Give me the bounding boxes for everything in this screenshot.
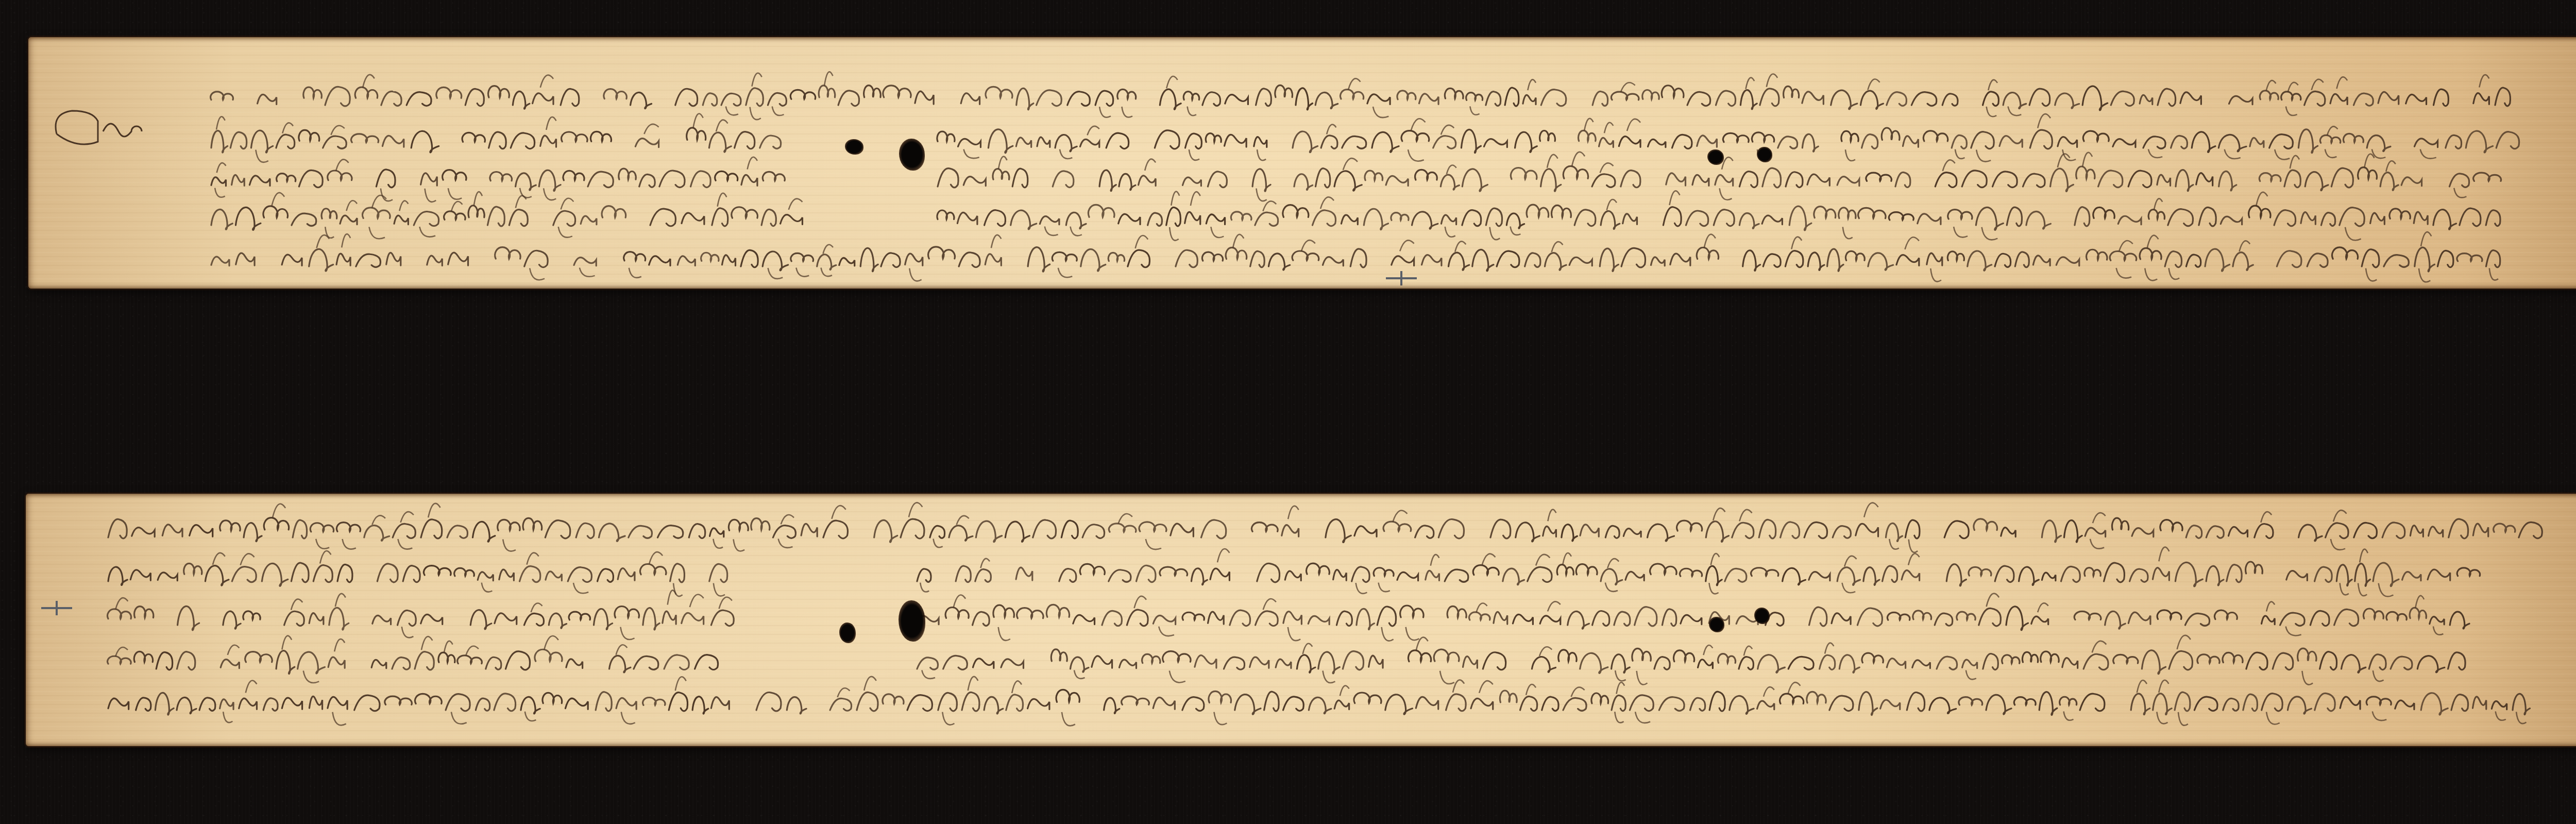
script-glyph [1486, 92, 1501, 106]
script-glyph [2449, 519, 2468, 539]
script-glyph [1612, 695, 1625, 711]
script-glyph [635, 139, 658, 147]
script-glyph [2494, 524, 2515, 532]
script-glyph [2130, 569, 2148, 582]
script-glyph [1182, 177, 1201, 186]
script-glyph [1662, 86, 1684, 97]
script-glyph [2015, 252, 2029, 267]
script-glyph [2429, 527, 2443, 536]
script-glyph [1974, 519, 1997, 530]
script-glyph [1051, 649, 1067, 661]
script-glyph [1886, 523, 1902, 541]
script-glyph [1224, 657, 1244, 669]
script-glyph [1714, 210, 1734, 226]
script-glyph [2298, 129, 2317, 153]
script-glyph [1434, 649, 1459, 661]
script-glyph [1257, 563, 1280, 582]
script-glyph [1995, 566, 2014, 582]
script-glyph [1191, 568, 1207, 585]
script-glyph [264, 518, 289, 530]
script-glyph [1601, 211, 1620, 229]
string-hole [899, 139, 925, 171]
script-glyph [1654, 657, 1670, 670]
script-glyph [277, 174, 296, 181]
script-glyph [2083, 654, 2108, 669]
handwritten-script-upper [28, 37, 2576, 289]
script-glyph [1016, 138, 1031, 147]
script-glyph [984, 697, 1003, 714]
script-glyph [1255, 212, 1278, 226]
script-glyph [1723, 133, 1749, 142]
script-glyph [516, 173, 536, 190]
script-glyph [2041, 651, 2059, 662]
script-glyph [415, 652, 434, 670]
script-glyph [1419, 94, 1438, 104]
script-glyph [883, 86, 911, 97]
script-glyph [1552, 205, 1571, 217]
script-glyph [917, 569, 931, 582]
script-glyph [2307, 254, 2328, 267]
script-glyph [465, 89, 484, 106]
script-glyph [2050, 169, 2074, 191]
script-glyph [2449, 174, 2469, 187]
script-glyph [1929, 698, 1956, 714]
script-glyph [1525, 253, 1540, 267]
script-glyph [1139, 176, 1156, 186]
script-glyph [1706, 566, 1722, 585]
script-glyph [258, 94, 277, 104]
script-glyph [1758, 655, 1785, 673]
script-glyph [2104, 563, 2125, 582]
script-glyph [1250, 251, 1265, 267]
script-glyph [211, 177, 226, 186]
script-glyph [220, 699, 234, 710]
script-glyph [499, 569, 514, 580]
script-glyph [329, 608, 349, 630]
script-glyph [1117, 89, 1136, 99]
script-glyph [1621, 248, 1645, 267]
script-glyph [2340, 697, 2360, 709]
script-glyph [993, 605, 1014, 617]
script-glyph [2186, 255, 2200, 267]
script-glyph [1935, 613, 1953, 626]
script-glyph [1677, 520, 1702, 531]
script-glyph [682, 213, 704, 224]
script-glyph [1592, 174, 1615, 188]
script-glyph [1099, 170, 1116, 191]
script-glyph [958, 139, 980, 147]
script-glyph [299, 130, 319, 141]
script-glyph [864, 86, 881, 97]
script-glyph [199, 698, 215, 711]
script-glyph [901, 519, 924, 539]
script-glyph [975, 569, 991, 582]
script-glyph [1757, 701, 1774, 710]
script-glyph [276, 651, 295, 674]
script-glyph [1264, 692, 1279, 711]
script-glyph [2196, 173, 2213, 186]
script-glyph [309, 613, 324, 625]
script-glyph [1540, 131, 1555, 141]
script-glyph [2401, 177, 2421, 186]
script-glyph [470, 610, 492, 629]
script-glyph [1845, 251, 1865, 260]
script-glyph [1283, 697, 1304, 711]
script-glyph [1082, 525, 1104, 539]
script-glyph [1630, 695, 1653, 711]
script-glyph [424, 566, 451, 575]
script-glyph [599, 524, 625, 541]
script-glyph [1580, 653, 1608, 673]
script-glyph [917, 658, 938, 669]
script-glyph [394, 215, 408, 224]
script-glyph [1935, 173, 1957, 188]
script-glyph [2061, 566, 2080, 582]
script-glyph [1789, 206, 1811, 230]
script-glyph [2421, 693, 2448, 715]
script-glyph [337, 564, 352, 582]
script-glyph [2433, 89, 2448, 106]
script-glyph [1104, 698, 1120, 713]
script-glyph [1725, 568, 1747, 582]
script-glyph [282, 698, 302, 709]
script-glyph [411, 131, 439, 152]
script-glyph [1308, 616, 1329, 624]
script-glyph [1202, 92, 1221, 106]
script-glyph [1511, 167, 1536, 179]
script-glyph [2169, 651, 2192, 669]
script-glyph [963, 177, 986, 186]
script-glyph [823, 520, 848, 539]
script-glyph [498, 519, 520, 530]
script-glyph [328, 657, 345, 668]
script-glyph [576, 523, 594, 538]
script-glyph [448, 253, 468, 265]
script-glyph [2227, 565, 2242, 582]
script-glyph [1863, 567, 1879, 585]
script-glyph [1011, 210, 1037, 229]
script-glyph [2157, 175, 2171, 186]
script-glyph [2402, 572, 2421, 581]
script-glyph [1166, 207, 1181, 226]
script-glyph [1662, 609, 1676, 626]
script-glyph [1118, 214, 1140, 224]
script-glyph [2286, 571, 2308, 581]
script-glyph [1208, 172, 1227, 188]
script-glyph [1820, 655, 1835, 669]
script-glyph [915, 91, 934, 104]
script-glyph [1080, 139, 1099, 147]
script-glyph [2031, 616, 2048, 625]
script-glyph [2058, 137, 2077, 147]
script-glyph [1635, 607, 1657, 626]
script-glyph [1334, 700, 1349, 709]
script-glyph [1055, 135, 1077, 152]
script-glyph [1350, 249, 1366, 267]
script-glyph [2074, 611, 2101, 619]
script-glyph [590, 131, 611, 141]
script-glyph [2330, 94, 2347, 104]
script-glyph [1983, 653, 1998, 669]
script-glyph [709, 564, 727, 582]
script-glyph [309, 696, 322, 709]
script-glyph [2023, 174, 2045, 187]
script-glyph [2410, 608, 2426, 618]
script-glyph [1142, 654, 1160, 663]
script-glyph [2304, 91, 2325, 106]
script-glyph [1160, 89, 1181, 109]
script-glyph [1513, 614, 1533, 624]
script-glyph [1297, 655, 1315, 672]
script-glyph [1006, 695, 1023, 711]
script-glyph [230, 132, 246, 148]
script-glyph [363, 208, 391, 218]
script-glyph [2142, 650, 2165, 674]
script-glyph [1605, 526, 1619, 538]
script-glyph [566, 659, 583, 668]
script-glyph [741, 175, 757, 186]
script-glyph [838, 91, 859, 106]
script-glyph [2284, 170, 2300, 188]
script-glyph [1293, 131, 1318, 153]
script-glyph [692, 697, 708, 714]
script-glyph [1294, 174, 1313, 190]
script-glyph [1171, 524, 1194, 536]
script-glyph [616, 698, 636, 709]
script-line [108, 502, 2542, 552]
script-glyph [1600, 248, 1618, 271]
script-line [211, 72, 2511, 120]
script-glyph [1706, 522, 1728, 542]
script-glyph [2215, 610, 2238, 619]
script-glyph [211, 257, 229, 265]
script-glyph [2334, 609, 2359, 626]
script-glyph [1942, 94, 1958, 106]
script-glyph [1494, 612, 1507, 624]
script-glyph [1927, 253, 1942, 265]
cross-mark-icon [41, 601, 72, 615]
script-glyph [2519, 522, 2542, 538]
script-glyph [336, 254, 350, 265]
script-glyph [1809, 572, 1830, 581]
script-glyph [1385, 695, 1413, 714]
script-glyph [546, 571, 562, 581]
script-glyph [543, 693, 562, 703]
script-glyph [1545, 253, 1566, 270]
script-glyph [1473, 565, 1499, 575]
script-glyph [2219, 171, 2236, 190]
script-glyph [1542, 697, 1558, 711]
script-glyph [1506, 213, 1524, 228]
script-glyph [1619, 137, 1640, 147]
script-glyph [1028, 699, 1049, 709]
script-glyph [2274, 210, 2296, 226]
script-glyph [244, 523, 262, 542]
script-glyph [403, 566, 420, 582]
script-glyph [1674, 650, 1694, 662]
script-glyph [1680, 568, 1702, 576]
script-glyph [2369, 654, 2386, 670]
script-glyph [634, 656, 658, 669]
script-glyph [1309, 697, 1331, 713]
script-glyph [2093, 207, 2114, 218]
script-glyph [313, 565, 332, 582]
script-glyph [1053, 171, 1074, 188]
script-glyph [1868, 253, 1893, 270]
script-glyph [1858, 208, 1886, 218]
script-glyph [2486, 250, 2500, 267]
script-glyph [236, 253, 255, 265]
script-glyph [2332, 247, 2358, 259]
script-glyph [1209, 691, 1231, 702]
script-glyph [1037, 137, 1050, 147]
script-line [917, 635, 2465, 685]
script-glyph [773, 526, 795, 539]
script-glyph [1256, 611, 1278, 626]
script-glyph [1061, 520, 1078, 539]
script-glyph [2056, 257, 2079, 266]
script-glyph [2176, 170, 2193, 191]
script-glyph [1804, 522, 1827, 538]
script-glyph [1962, 171, 1987, 188]
string-hole [839, 623, 856, 643]
script-glyph [513, 91, 530, 109]
script-glyph [239, 698, 257, 709]
script-glyph [598, 569, 614, 582]
script-glyph [1497, 251, 1519, 267]
script-glyph [2007, 207, 2022, 226]
script-glyph [2087, 249, 2107, 260]
script-glyph [2062, 658, 2078, 668]
script-glyph [1592, 611, 1609, 626]
script-glyph [392, 658, 410, 670]
script-glyph [581, 216, 597, 225]
script-glyph [1409, 650, 1431, 662]
script-glyph [1484, 139, 1507, 147]
script-glyph [1503, 568, 1524, 584]
script-glyph [1392, 256, 1414, 266]
script-glyph [2148, 210, 2164, 219]
script-glyph [2042, 573, 2055, 581]
script-glyph [1326, 519, 1351, 543]
script-glyph [687, 128, 706, 140]
script-glyph [377, 564, 398, 582]
script-glyph [495, 247, 520, 259]
script-glyph [1276, 659, 1291, 668]
palm-leaf-lower [26, 494, 2576, 746]
script-glyph [1785, 251, 1803, 267]
script-glyph [1946, 564, 1966, 586]
script-glyph [1073, 615, 1095, 624]
script-glyph [2358, 167, 2377, 179]
script-glyph [1527, 205, 1548, 217]
script-glyph [2415, 247, 2435, 272]
script-glyph [2153, 694, 2172, 715]
script-glyph [2033, 256, 2050, 265]
script-glyph [1208, 612, 1224, 624]
script-glyph [2206, 526, 2224, 538]
script-glyph [624, 252, 646, 261]
script-glyph [1401, 131, 1429, 141]
script-glyph [2301, 212, 2315, 224]
script-glyph [1296, 88, 1313, 110]
script-glyph [1986, 695, 2011, 714]
script-glyph [1185, 212, 1200, 224]
script-glyph [1483, 652, 1505, 670]
script-glyph [2340, 208, 2364, 226]
script-glyph [1976, 207, 2003, 230]
script-glyph [1882, 128, 1900, 140]
script-glyph [1663, 207, 1681, 226]
cross-mark-icon [1386, 271, 1417, 285]
script-glyph [937, 131, 955, 141]
script-glyph [1743, 250, 1760, 271]
script-glyph [1923, 131, 1947, 141]
script-glyph [2165, 251, 2181, 267]
script-glyph [1568, 611, 1589, 629]
script-glyph [1127, 610, 1148, 626]
script-line [211, 114, 781, 162]
script-glyph [817, 255, 836, 270]
script-glyph [561, 89, 579, 106]
script-glyph [2354, 523, 2377, 538]
script-glyph [1574, 210, 1596, 226]
script-glyph [2064, 520, 2082, 542]
script-glyph [156, 652, 172, 670]
script-glyph [2336, 565, 2352, 586]
script-glyph [1666, 173, 1686, 186]
script-glyph [1859, 692, 1877, 715]
script-glyph [211, 209, 232, 229]
script-glyph [594, 609, 612, 630]
script-glyph [2451, 695, 2468, 711]
string-hole [1757, 147, 1772, 162]
script-glyph [569, 612, 590, 620]
script-glyph [2098, 171, 2123, 188]
script-glyph [1528, 567, 1552, 582]
script-glyph [1354, 693, 1381, 703]
script-glyph [1802, 92, 1824, 104]
script-glyph [762, 251, 788, 271]
script-glyph [1505, 88, 1519, 106]
script-glyph [340, 215, 357, 225]
script-glyph [768, 93, 786, 106]
script-glyph [1500, 691, 1517, 702]
script-glyph [1440, 175, 1459, 190]
script-glyph [2287, 697, 2311, 714]
string-hole [899, 600, 925, 642]
script-glyph [1948, 210, 1972, 219]
script-glyph [2417, 656, 2445, 672]
script-glyph [664, 655, 689, 670]
script-glyph [1323, 257, 1343, 266]
script-glyph [454, 568, 474, 576]
script-glyph [414, 212, 438, 226]
script-glyph [791, 253, 814, 261]
script-glyph [701, 253, 719, 261]
script-glyph [2055, 93, 2079, 108]
script-glyph [883, 694, 904, 704]
script-glyph [524, 250, 548, 267]
script-glyph [657, 526, 683, 539]
script-glyph [1052, 252, 1077, 261]
script-glyph [1540, 616, 1561, 625]
script-glyph [2428, 569, 2450, 580]
script-glyph [398, 610, 416, 626]
script-glyph [421, 173, 437, 186]
script-glyph [1109, 570, 1131, 582]
script-glyph [1343, 651, 1363, 670]
